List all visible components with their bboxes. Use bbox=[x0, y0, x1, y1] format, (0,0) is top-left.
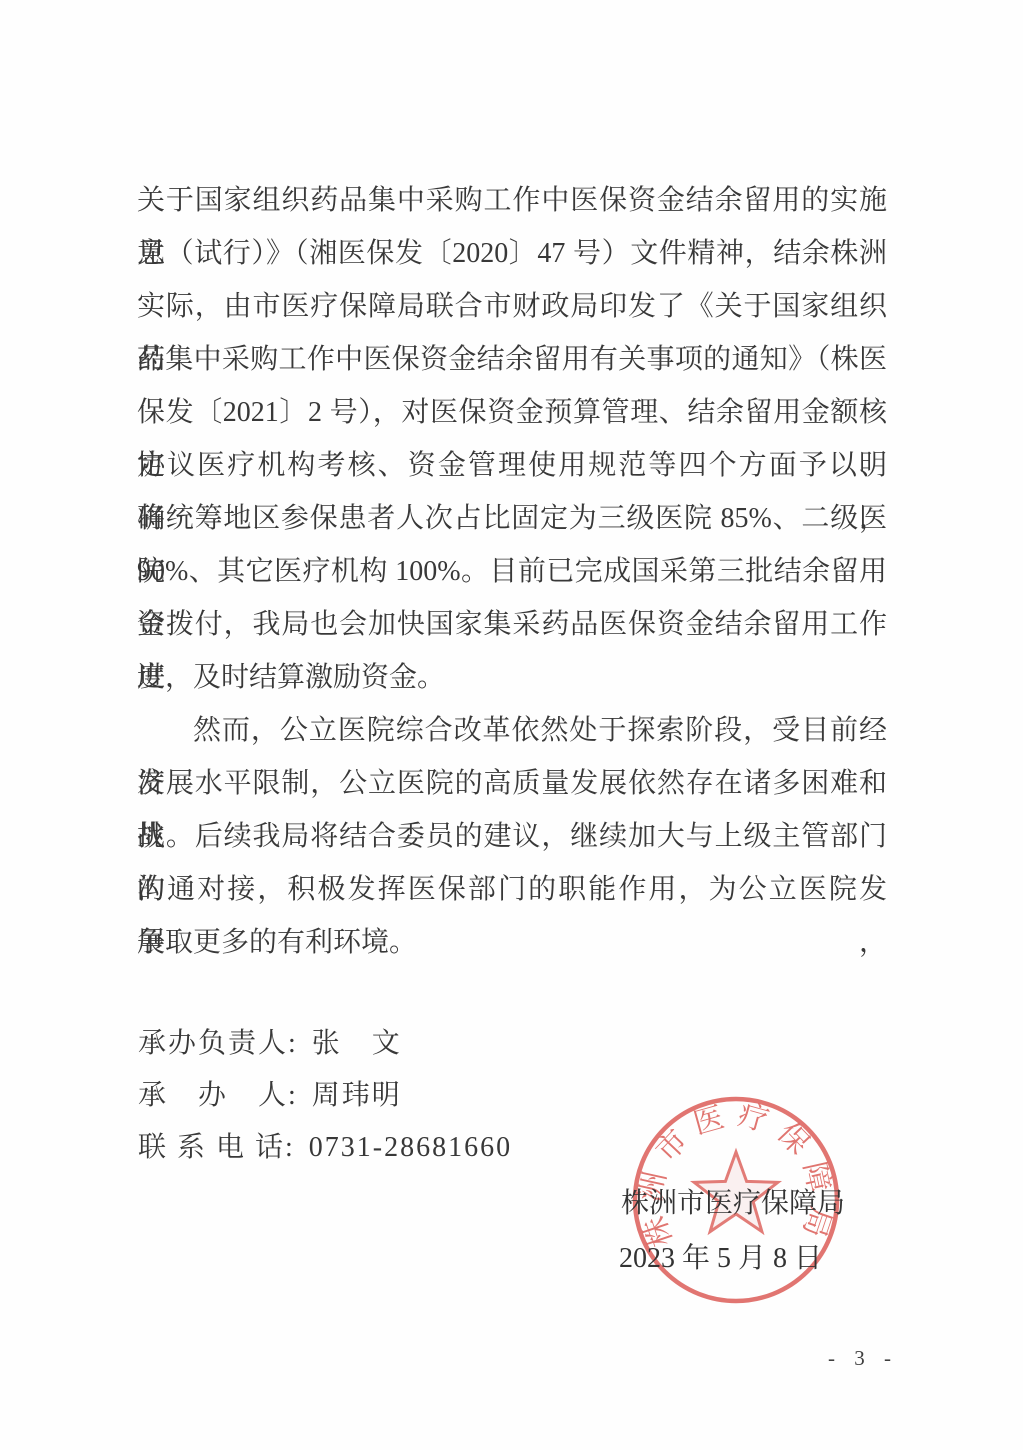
document-page: 关于国家组织药品集中采购工作中医保资金结余留用的实施意 见（试行）》（湘医保发〔… bbox=[0, 0, 1023, 1450]
body-line: 90%、其它医疗机构 100%。目前已完成国采第三批结余留用资 bbox=[137, 545, 887, 598]
body-line: 将统筹地区参保患者人次占比固定为三级医院 85%、二级医院 bbox=[137, 492, 887, 545]
body-line: 发展水平限制，公立医院的高质量发展依然存在诸多困难和挑 bbox=[137, 757, 887, 810]
body-line: 关于国家组织药品集中采购工作中医保资金结余留用的实施意 bbox=[137, 174, 887, 227]
contact-line-organizer: 承办负责人:张 文 bbox=[138, 1018, 512, 1070]
body-line: 战。后续我局将结合委员的建议，继续加大与上级主管部门的 bbox=[137, 810, 887, 863]
contact-block: 承办负责人:张 文 承 办 人:周玮明 联 系 电 话:0731-2868166… bbox=[138, 1018, 512, 1174]
body-line: 实际，由市医疗保障局联合市财政局印发了《关于国家组织药 bbox=[137, 280, 887, 333]
body-line: 沟通对接，积极发挥医保部门的职能作用，为公立医院发展， bbox=[137, 863, 887, 916]
contact-value: 0731-28681660 bbox=[309, 1132, 512, 1163]
signature-agency: 株洲市医疗保障局 bbox=[621, 1181, 845, 1221]
body-line: 协议医疗机构考核、资金管理使用规范等四个方面予以明确， bbox=[137, 439, 887, 492]
body-line: 度，及时结算激励资金。 bbox=[137, 651, 887, 704]
contact-label: 承 办 人: bbox=[138, 1080, 298, 1111]
page-number: - 3 - bbox=[828, 1346, 898, 1371]
body-line: 见（试行）》（湘医保发〔2020〕47 号）文件精神，结余株洲 bbox=[137, 227, 887, 280]
contact-label: 联 系 电 话: bbox=[138, 1132, 295, 1163]
signature-date: 2023 年 5 月 8 日 bbox=[619, 1236, 822, 1276]
contact-label: 承办负责人: bbox=[138, 1028, 298, 1059]
body-line: 然而，公立医院综合改革依然处于探索阶段，受目前经济 bbox=[137, 704, 887, 757]
contact-line-handler: 承 办 人:周玮明 bbox=[138, 1070, 512, 1122]
body-line: 金拨付，我局也会加快国家集采药品医保资金结余留用工作进 bbox=[137, 598, 887, 651]
contact-line-phone: 联 系 电 话:0731-28681660 bbox=[138, 1122, 512, 1174]
body-line: 品集中采购工作中医保资金结余留用有关事项的通知》（株医 bbox=[137, 333, 887, 386]
body-text: 关于国家组织药品集中采购工作中医保资金结余留用的实施意 见（试行）》（湘医保发〔… bbox=[137, 174, 887, 969]
contact-value: 张 文 bbox=[312, 1028, 402, 1059]
contact-value: 周玮明 bbox=[312, 1080, 402, 1111]
body-line: 保发〔2021〕2 号），对医保资金预算管理、结余留用金额核定、 bbox=[137, 386, 887, 439]
